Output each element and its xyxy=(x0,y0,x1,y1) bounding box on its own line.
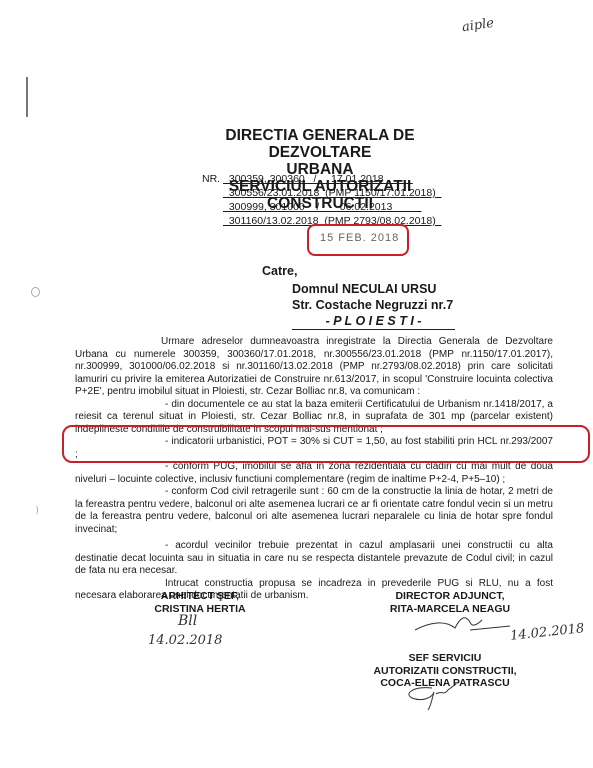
director-handwritten-date: 14.02.2018 xyxy=(509,621,585,644)
architect-handwritten-date: 14.02.2018 xyxy=(148,633,222,648)
director-signature-scribble xyxy=(410,600,520,640)
service-head-title-1: SEF SERVICIU xyxy=(340,652,550,665)
header-line-1: DIRECTIA GENERALA DE DEZVOLTARE xyxy=(180,127,460,161)
nr-label: NR. xyxy=(202,173,220,185)
recipient-city: - P L O I E S T I - xyxy=(292,313,455,330)
registration-numbers: NR. 300359, 300360 / 17.01.2018 300556/2… xyxy=(202,172,442,228)
point-cod-civil: - conform Cod civil retragerile sunt : 6… xyxy=(75,486,553,536)
registration-line: 300556/23.01.2018 (PMP 1150/17.01.2018) xyxy=(223,187,442,199)
salutation: Catre, xyxy=(262,263,297,279)
architect-signature-scribble: Bll xyxy=(178,613,197,629)
punch-hole-mark xyxy=(31,287,40,297)
recipient-street: Str. Costache Negruzzi nr.7 xyxy=(292,297,453,313)
recipient-name: Domnul NECULAI URSU xyxy=(292,281,436,297)
point-acord: - acordul vecinilor trebuie prezentat in… xyxy=(75,540,553,578)
registration-line: 300359, 300360 / 17.01.2018 xyxy=(223,173,413,185)
service-head-title-2: AUTORIZATII CONSTRUCTII, xyxy=(340,665,550,678)
pug-highlight xyxy=(62,425,590,463)
handwritten-annotation: aiple xyxy=(461,16,495,35)
punch-hole-mark xyxy=(33,505,38,515)
registration-line: 300999, 301000 / 06.02.2013 xyxy=(223,201,421,213)
margin-line-mark xyxy=(26,77,28,117)
signature-architect: ARHITECT ŞEF, CRISTINA HERTIA xyxy=(100,590,300,615)
intro-paragraph: Urmare adreselor dumneavoastra inregistr… xyxy=(75,336,553,399)
architect-name: CRISTINA HERTIA xyxy=(100,603,300,616)
letter-body: Urmare adreselor dumneavoastra inregistr… xyxy=(75,336,553,603)
service-head-signature-scribble xyxy=(402,680,472,712)
date-stamp: 15 FEB. 2018 xyxy=(320,232,399,244)
architect-title: ARHITECT ŞEF, xyxy=(100,590,300,603)
point-pug: - conform PUG, imobilul se afla in zona … xyxy=(75,461,553,486)
